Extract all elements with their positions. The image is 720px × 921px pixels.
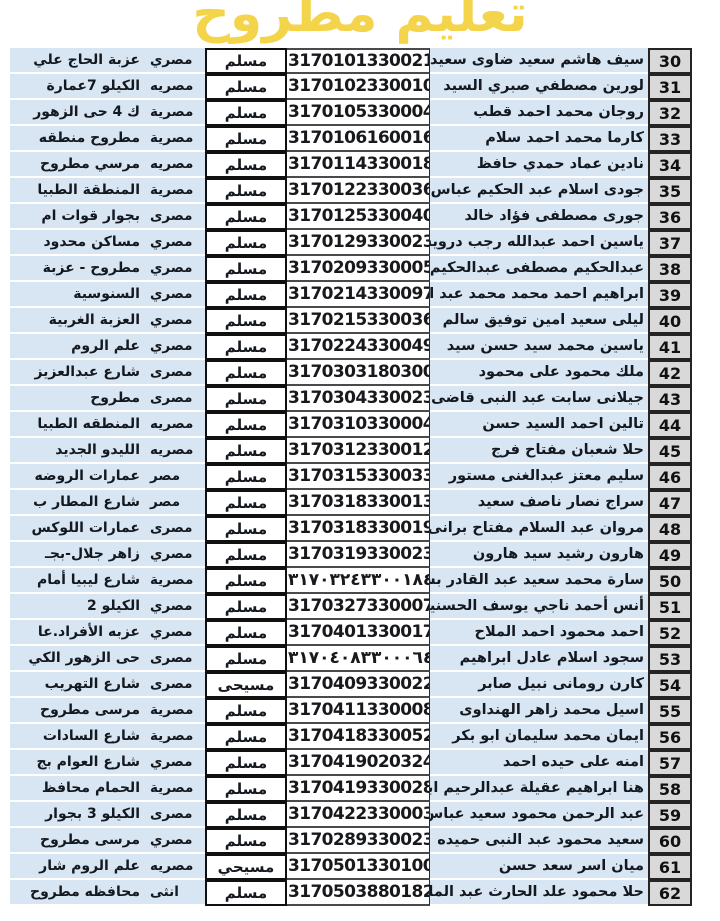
nationality: مصرى [148,204,205,230]
address: عزبه الأفراد.عا [10,620,148,646]
table-row: 47 سراج نصار ناصف سعيد 31703183300139 مس… [10,490,692,516]
national-id: 31701013300212 [287,48,430,74]
religion-badge: مسيحى [205,672,287,698]
row-number: 45 [648,438,692,464]
table-row: 49 هارون رشيد سيد هارون 31703193300234 م… [10,542,692,568]
student-name: جيلانى سابت عبد النبى قاضى [430,386,648,412]
religion-badge: مسلم [205,620,287,646]
address: حى الزهور الكي [10,646,148,672]
student-name: ليلى سعيد امين توفيق سالم [430,308,648,334]
address: مرسى مطروح [10,698,148,724]
religion-badge: مسلم [205,386,287,412]
address: محافظه مطروح [10,880,148,906]
address: عزبة الحاج علي [10,48,148,74]
row-number: 34 [648,152,692,178]
table-row: 41 ياسين محمد سيد حسن سيد 31702243300498… [10,334,692,360]
nationality: مصرية [148,568,205,594]
student-name: جودى اسلام عبد الحكيم عباس [430,178,648,204]
row-number: 47 [648,490,692,516]
religion-badge: مسلم [205,360,287,386]
religion-badge: مسلم [205,750,287,776]
religion-badge: مسلم [205,334,287,360]
row-number: 43 [648,386,692,412]
nationality: مصري [148,256,205,282]
address: الليدو الجديد [10,438,148,464]
student-name: لورين مصطفي صبري السيد [430,74,648,100]
national-id: 31701253300406 [287,204,430,230]
national-id: 31704113300081 [287,698,430,724]
nationality: مصري [148,334,205,360]
religion-badge: مسلم [205,438,287,464]
nationality: مصري [148,308,205,334]
row-number: 44 [648,412,692,438]
row-number: 56 [648,724,692,750]
national-id: 31702243300498 [287,334,430,360]
religion-badge: مسلم [205,828,287,854]
nationality: مصري [148,750,205,776]
address: شارع عبدالعزيز [10,360,148,386]
table-row: 55 اسيل محمد زاهر الهنداوى 3170411330008… [10,698,692,724]
table-row: 39 ابراهيم احمد محمد محمد عبد الر 317021… [10,282,692,308]
national-id: 31703043300236 [287,386,430,412]
nationality: مصري [148,48,205,74]
row-number: 35 [648,178,692,204]
religion-badge: مسلم [205,516,287,542]
row-number: 42 [648,360,692,386]
table-row: 62 حلا محمود علد الحارث عبد المالك 31705… [10,880,692,906]
student-name: سيف هاشم سعيد ضاوى سعيد [430,48,648,74]
address: المنطقة الطبيا [10,178,148,204]
address: بجوار قوات ام [10,204,148,230]
student-name: ابراهيم احمد محمد محمد عبد الر [430,282,648,308]
national-id: 31701143300184 [287,152,430,178]
row-number: 49 [648,542,692,568]
national-id: ٣١٧٠٤٠٨٣٣٠٠٠٦٤ [287,646,430,672]
religion-badge: مسلم [205,412,287,438]
religion-badge: مسلم [205,100,287,126]
table-row: 59 عبد الرحمن محمود سعيد عباس 3170422330… [10,802,692,828]
nationality: مصري [148,594,205,620]
nationality: مصرى [148,802,205,828]
nationality: مصرية [148,126,205,152]
student-name: عبدالحكيم مصطفى عبدالحكيم ع [430,256,648,282]
row-number: 62 [648,880,692,906]
national-id: 31703103300044 [287,412,430,438]
address: الحمام محافظ [10,776,148,802]
nationality: مصرية [148,178,205,204]
nationality: مصرية [148,100,205,126]
row-number: 39 [648,282,692,308]
row-number: 51 [648,594,692,620]
address: علم الروم [10,334,148,360]
address: زاهر جلال-بجـ [10,542,148,568]
address: المنطقه الطبيا [10,412,148,438]
page-title: تعليم مطروح [0,0,720,43]
nationality: مصرى [148,360,205,386]
national-id: 31703183300198 [287,516,430,542]
national-id: 31704093300225 [287,672,430,698]
student-name: أنس أحمد ناجي يوسف الحسنين ع [430,594,648,620]
religion-badge: مسلم [205,464,287,490]
national-id: 31703183300139 [287,490,430,516]
table-row: 48 مروان عبد السلام مفتاح برانى 31703183… [10,516,692,542]
table-row: 54 كارن رومانى نبيل صابر 31704093300225 … [10,672,692,698]
national-id: 31702143300975 [287,282,430,308]
table-row: 37 ياسين احمد عبدالله رجب درويش 31701293… [10,230,692,256]
religion-badge: مسلم [205,880,287,906]
nationality: مصرى [148,516,205,542]
address: عمارات اللوكس [10,516,148,542]
nationality: مصري [148,230,205,256]
address: شارع العوام بج [10,750,148,776]
table-row: 52 احمد محمود احمد الملاح 31704013300173… [10,620,692,646]
national-id: 31704190203242 [287,750,430,776]
table-row: 53 سجود اسلام عادل ابراهيم ٣١٧٠٤٠٨٣٣٠٠٠٦… [10,646,692,672]
table-row: 58 هنا ابراهيم عقيلة عبدالرحيم ابراهي 31… [10,776,692,802]
religion-badge: مسلم [205,594,287,620]
student-name: اسيل محمد زاهر الهنداوى [430,698,648,724]
national-id: 31704183300526 [287,724,430,750]
row-number: 38 [648,256,692,282]
address: شارع ليبيا أمام [10,568,148,594]
religion-badge: مسلم [205,542,287,568]
table-row: 30 سيف هاشم سعيد ضاوى سعيد 3170101330021… [10,48,692,74]
row-number: 36 [648,204,692,230]
address: الكيلو 2 [10,594,148,620]
student-name: كارما محمد احمد سلام [430,126,648,152]
student-name: ياسين احمد عبدالله رجب درويش [430,230,648,256]
national-id: 31704193300281 [287,776,430,802]
student-name: عبد الرحمن محمود سعيد عباس [430,802,648,828]
table-row: 61 ميان اسر سعد حسن 31705013301001 مسيحي… [10,854,692,880]
national-id: 31705038801823 [287,880,430,906]
religion-badge: مسلم [205,776,287,802]
table-row: 35 جودى اسلام عبد الحكيم عباس 3170122330… [10,178,692,204]
national-id: 31702153300367 [287,308,430,334]
row-number: 61 [648,854,692,880]
student-name: سجود اسلام عادل ابراهيم [430,646,648,672]
student-name: ميان اسر سعد حسن [430,854,648,880]
nationality: مصر [148,464,205,490]
nationality: مصريه [148,152,205,178]
nationality: مصرية [148,698,205,724]
row-number: 60 [648,828,692,854]
student-name: حلا شعبان مفتاح فرج [430,438,648,464]
student-name: مروان عبد السلام مفتاح برانى [430,516,648,542]
national-id: 31701223300363 [287,178,430,204]
religion-badge: مسلم [205,74,287,100]
nationality: مصرى [148,646,205,672]
address: علم الروم شار [10,854,148,880]
address: مساكن محدود [10,230,148,256]
national-id: 31703193300234 [287,542,430,568]
table-row: 33 كارما محمد احمد سلام 31701061600163 م… [10,126,692,152]
address: السنوسية [10,282,148,308]
address: ك 4 حى الزهور [10,100,148,126]
table-row: 43 جيلانى سابت عبد النبى قاضى 3170304330… [10,386,692,412]
table-row: 36 جورى مصطفى فؤاد خالد 31701253300406 م… [10,204,692,230]
nationality: مصري [148,542,205,568]
national-id: 31703153300339 [287,464,430,490]
national-id: 31705013301001 [287,854,430,880]
row-number: 41 [648,334,692,360]
address: مطروح منطقه [10,126,148,152]
national-id: 31703123300121 [287,438,430,464]
row-number: 33 [648,126,692,152]
national-id: 31703273300073 [287,594,430,620]
national-id: 31701053300045 [287,100,430,126]
row-number: 32 [648,100,692,126]
address: الكيلو 3 بجوار [10,802,148,828]
nationality: انثى [148,880,205,906]
national-id: 31701293300239 [287,230,430,256]
student-name: ياسين محمد سيد حسن سيد [430,334,648,360]
student-name: سعيد محمود عبد النبى حميده [430,828,648,854]
student-name: سارة محمد سعيد عبد القادر بسيو [430,568,648,594]
row-number: 48 [648,516,692,542]
address: الكيلو 7عمارة [10,74,148,100]
nationality: مصري [148,282,205,308]
religion-badge: مسلم [205,724,287,750]
nationality: مصريه [148,412,205,438]
national-id: 31702893300233 [287,828,430,854]
address: عمارات الروضه [10,464,148,490]
table-row: 31 لورين مصطفي صبري السيد 31701023300105… [10,74,692,100]
row-number: 57 [648,750,692,776]
table-row: 32 روجان محمد احمد قطب 31701053300045 مس… [10,100,692,126]
row-number: 37 [648,230,692,256]
student-name: روجان محمد احمد قطب [430,100,648,126]
student-name: ملك محمود على محمود [430,360,648,386]
nationality: مصرية [148,776,205,802]
student-name: امنه على حيده احمد [430,750,648,776]
religion-badge: مسلم [205,646,287,672]
student-name: ايمان محمد سليمان ابو بكر [430,724,648,750]
address: مرسى مطروح [10,828,148,854]
table-row: 46 سليم معتز عبدالغنى مستور 317031533003… [10,464,692,490]
national-id: 31702093300052 [287,256,430,282]
table-row: 60 سعيد محمود عبد النبى حميده 3170289330… [10,828,692,854]
student-name: سراج نصار ناصف سعيد [430,490,648,516]
row-number: 55 [648,698,692,724]
nationality: مصري [148,620,205,646]
row-number: 30 [648,48,692,74]
student-name: سليم معتز عبدالغنى مستور [430,464,648,490]
nationality: مصري [148,828,205,854]
row-number: 46 [648,464,692,490]
national-id: 31701061600163 [287,126,430,152]
religion-badge: مسلم [205,802,287,828]
address: مطروح [10,386,148,412]
row-number: 53 [648,646,692,672]
table-row: 57 امنه على حيده احمد 31704190203242 مسل… [10,750,692,776]
student-name: حلا محمود علد الحارث عبد المالك [430,880,648,906]
religion-badge: مسيحي [205,854,287,880]
address: مرسي مطروح [10,152,148,178]
national-id: 31701023300105 [287,74,430,100]
student-name: جورى مصطفى فؤاد خالد [430,204,648,230]
national-id: 31703031803003 [287,360,430,386]
religion-badge: مسلم [205,256,287,282]
nationality: مصرية [148,724,205,750]
table-row: 51 أنس أحمد ناجي يوسف الحسنين ع 31703273… [10,594,692,620]
student-name: هنا ابراهيم عقيلة عبدالرحيم ابراهي [430,776,648,802]
table-row: 34 نادين عماد حمدي حافظ 31701143300184 م… [10,152,692,178]
student-name: احمد محمود احمد الملاح [430,620,648,646]
national-id: 31704223300036 [287,802,430,828]
table-row: 44 تالين احمد السيد حسن 31703103300044 م… [10,412,692,438]
table-row: 42 ملك محمود على محمود 31703031803003 مس… [10,360,692,386]
students-table: 30 سيف هاشم سعيد ضاوى سعيد 3170101330021… [10,48,692,906]
address: شارع المطار ب [10,490,148,516]
nationality: مصريه [148,74,205,100]
student-name: هارون رشيد سيد هارون [430,542,648,568]
address: مطروح - عزبة [10,256,148,282]
student-name: كارن رومانى نبيل صابر [430,672,648,698]
religion-badge: مسلم [205,698,287,724]
religion-badge: مسلم [205,230,287,256]
table-row: 38 عبدالحكيم مصطفى عبدالحكيم ع 317020933… [10,256,692,282]
religion-badge: مسلم [205,282,287,308]
address: العزبة الغربية [10,308,148,334]
row-number: 40 [648,308,692,334]
row-number: 58 [648,776,692,802]
table-row: 50 سارة محمد سعيد عبد القادر بسيو ٣١٧٠٣٢… [10,568,692,594]
religion-badge: مسلم [205,308,287,334]
nationality: مصرى [148,672,205,698]
religion-badge: مسلم [205,48,287,74]
student-name: تالين احمد السيد حسن [430,412,648,438]
table-row: 40 ليلى سعيد امين توفيق سالم 31702153300… [10,308,692,334]
religion-badge: مسلم [205,152,287,178]
religion-badge: مسلم [205,204,287,230]
religion-badge: مسلم [205,568,287,594]
address: شارع التهريب [10,672,148,698]
address: شارع السادات [10,724,148,750]
religion-badge: مسلم [205,178,287,204]
national-id: ٣١٧٠٣٢٤٣٣٠٠١٨٤ [287,568,430,594]
row-number: 59 [648,802,692,828]
nationality: مصريه [148,438,205,464]
table-row: 45 حلا شعبان مفتاح فرج 31703123300121 مس… [10,438,692,464]
row-number: 52 [648,620,692,646]
row-number: 50 [648,568,692,594]
nationality: مصر [148,490,205,516]
religion-badge: مسلم [205,126,287,152]
table-row: 56 ايمان محمد سليمان ابو بكر 31704183300… [10,724,692,750]
student-name: نادين عماد حمدي حافظ [430,152,648,178]
nationality: مصرى [148,386,205,412]
nationality: مصريه [148,854,205,880]
row-number: 54 [648,672,692,698]
national-id: 31704013300173 [287,620,430,646]
religion-badge: مسلم [205,490,287,516]
row-number: 31 [648,74,692,100]
